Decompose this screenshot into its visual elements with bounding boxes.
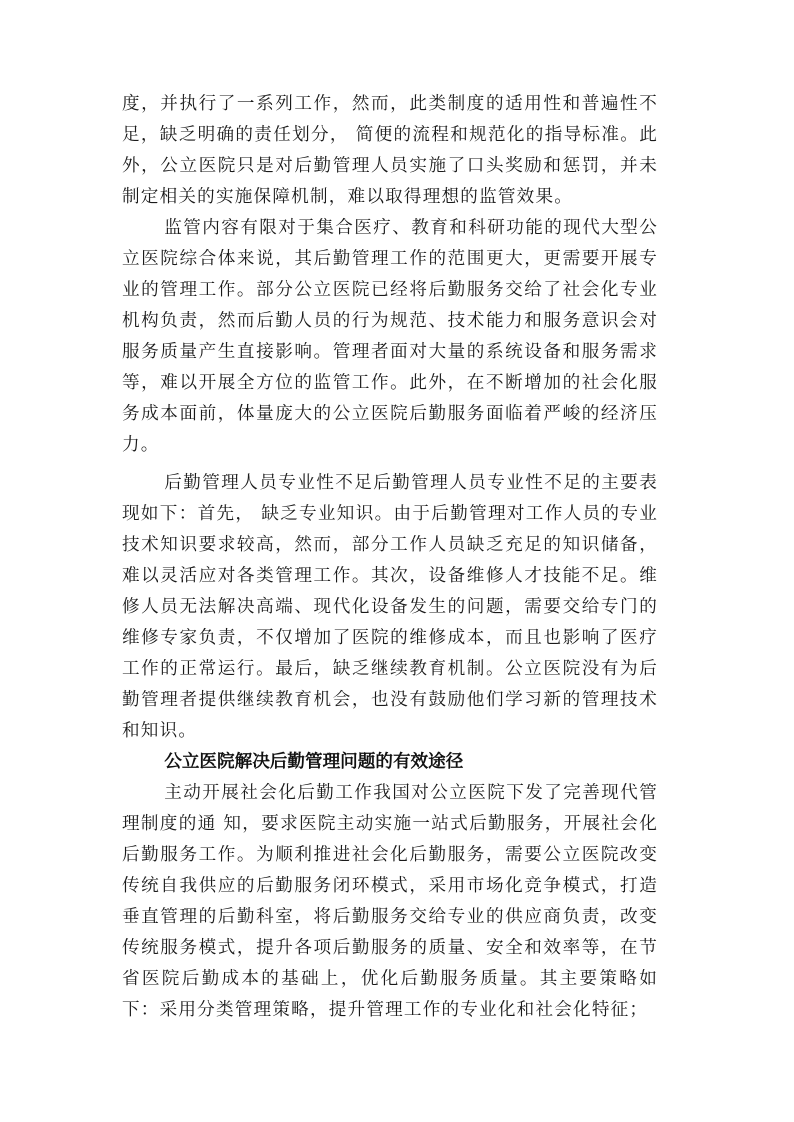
document-page: 度，并执行了一系列工作，然而，此类制度的适用性和普遍性不足，缺乏明确的责任划分，… <box>122 89 658 1026</box>
paragraph-socialized-logistics: 主动开展社会化后勤工作我国对公立医院下发了完善现代管理制度的通 知，要求医院主动… <box>122 778 658 1026</box>
section-heading: 公立医院解决后勤管理问题的有效途径 <box>122 747 658 778</box>
paragraph-staff-professionalism: 后勤管理人员专业性不足后勤管理人员专业性不足的主要表现如下：首先， 缺乏专业知识… <box>122 468 658 747</box>
paragraph-limited-supervision: 监管内容有限对于集合医疗、教育和科研功能的现代大型公立医院综合体来说，其后勤管理… <box>122 213 658 461</box>
paragraph-supervision-mechanism: 度，并执行了一系列工作，然而，此类制度的适用性和普遍性不足，缺乏明确的责任划分，… <box>122 89 658 213</box>
